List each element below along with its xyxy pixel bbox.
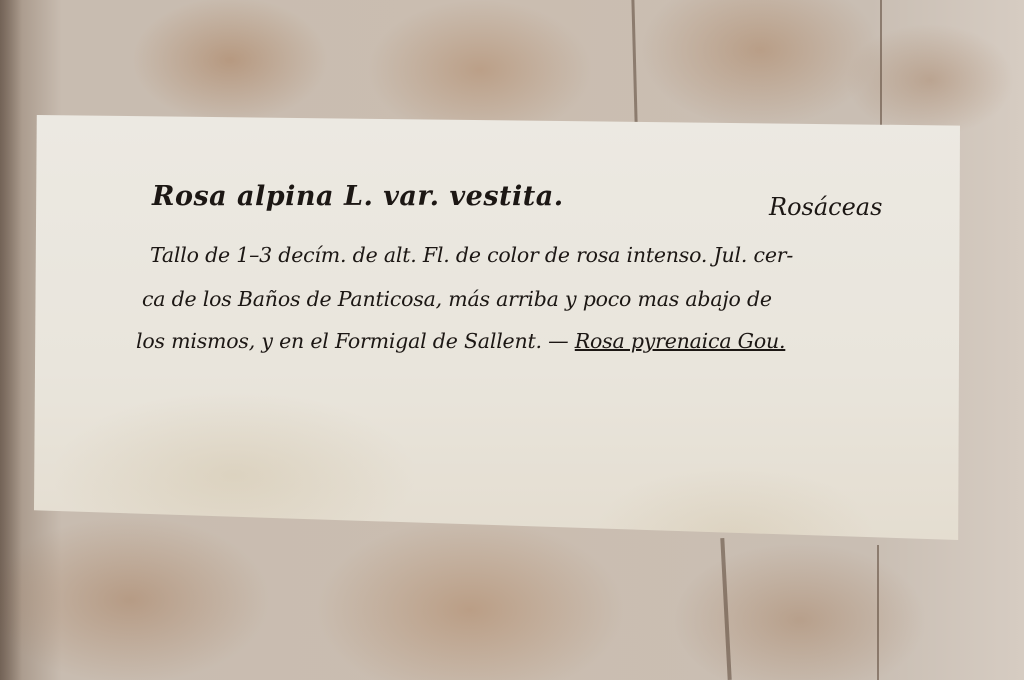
sheet-seam (880, 0, 882, 130)
locality-text: los mismos, y en el Formigal de Sallent. (136, 329, 542, 353)
sheet-shadow (0, 0, 22, 680)
synonym-name: Rosa pyrenaica Gou. (575, 329, 786, 353)
description-line-1: Tallo de 1–3 decím. de alt. Fl. de color… (150, 243, 793, 267)
herbarium-label: Rosa alpina L. var. vestita. Rosáceas Ta… (34, 115, 960, 540)
species-name: Rosa alpina L. var. vestita. (152, 181, 564, 212)
description-line-3: los mismos, y en el Formigal de Sallent.… (136, 329, 785, 353)
family-name: Rosáceas (769, 193, 882, 221)
synonym-separator: — (542, 329, 575, 353)
sheet-seam (877, 545, 879, 680)
description-line-2: ca de los Baños de Panticosa, más arriba… (142, 287, 772, 311)
